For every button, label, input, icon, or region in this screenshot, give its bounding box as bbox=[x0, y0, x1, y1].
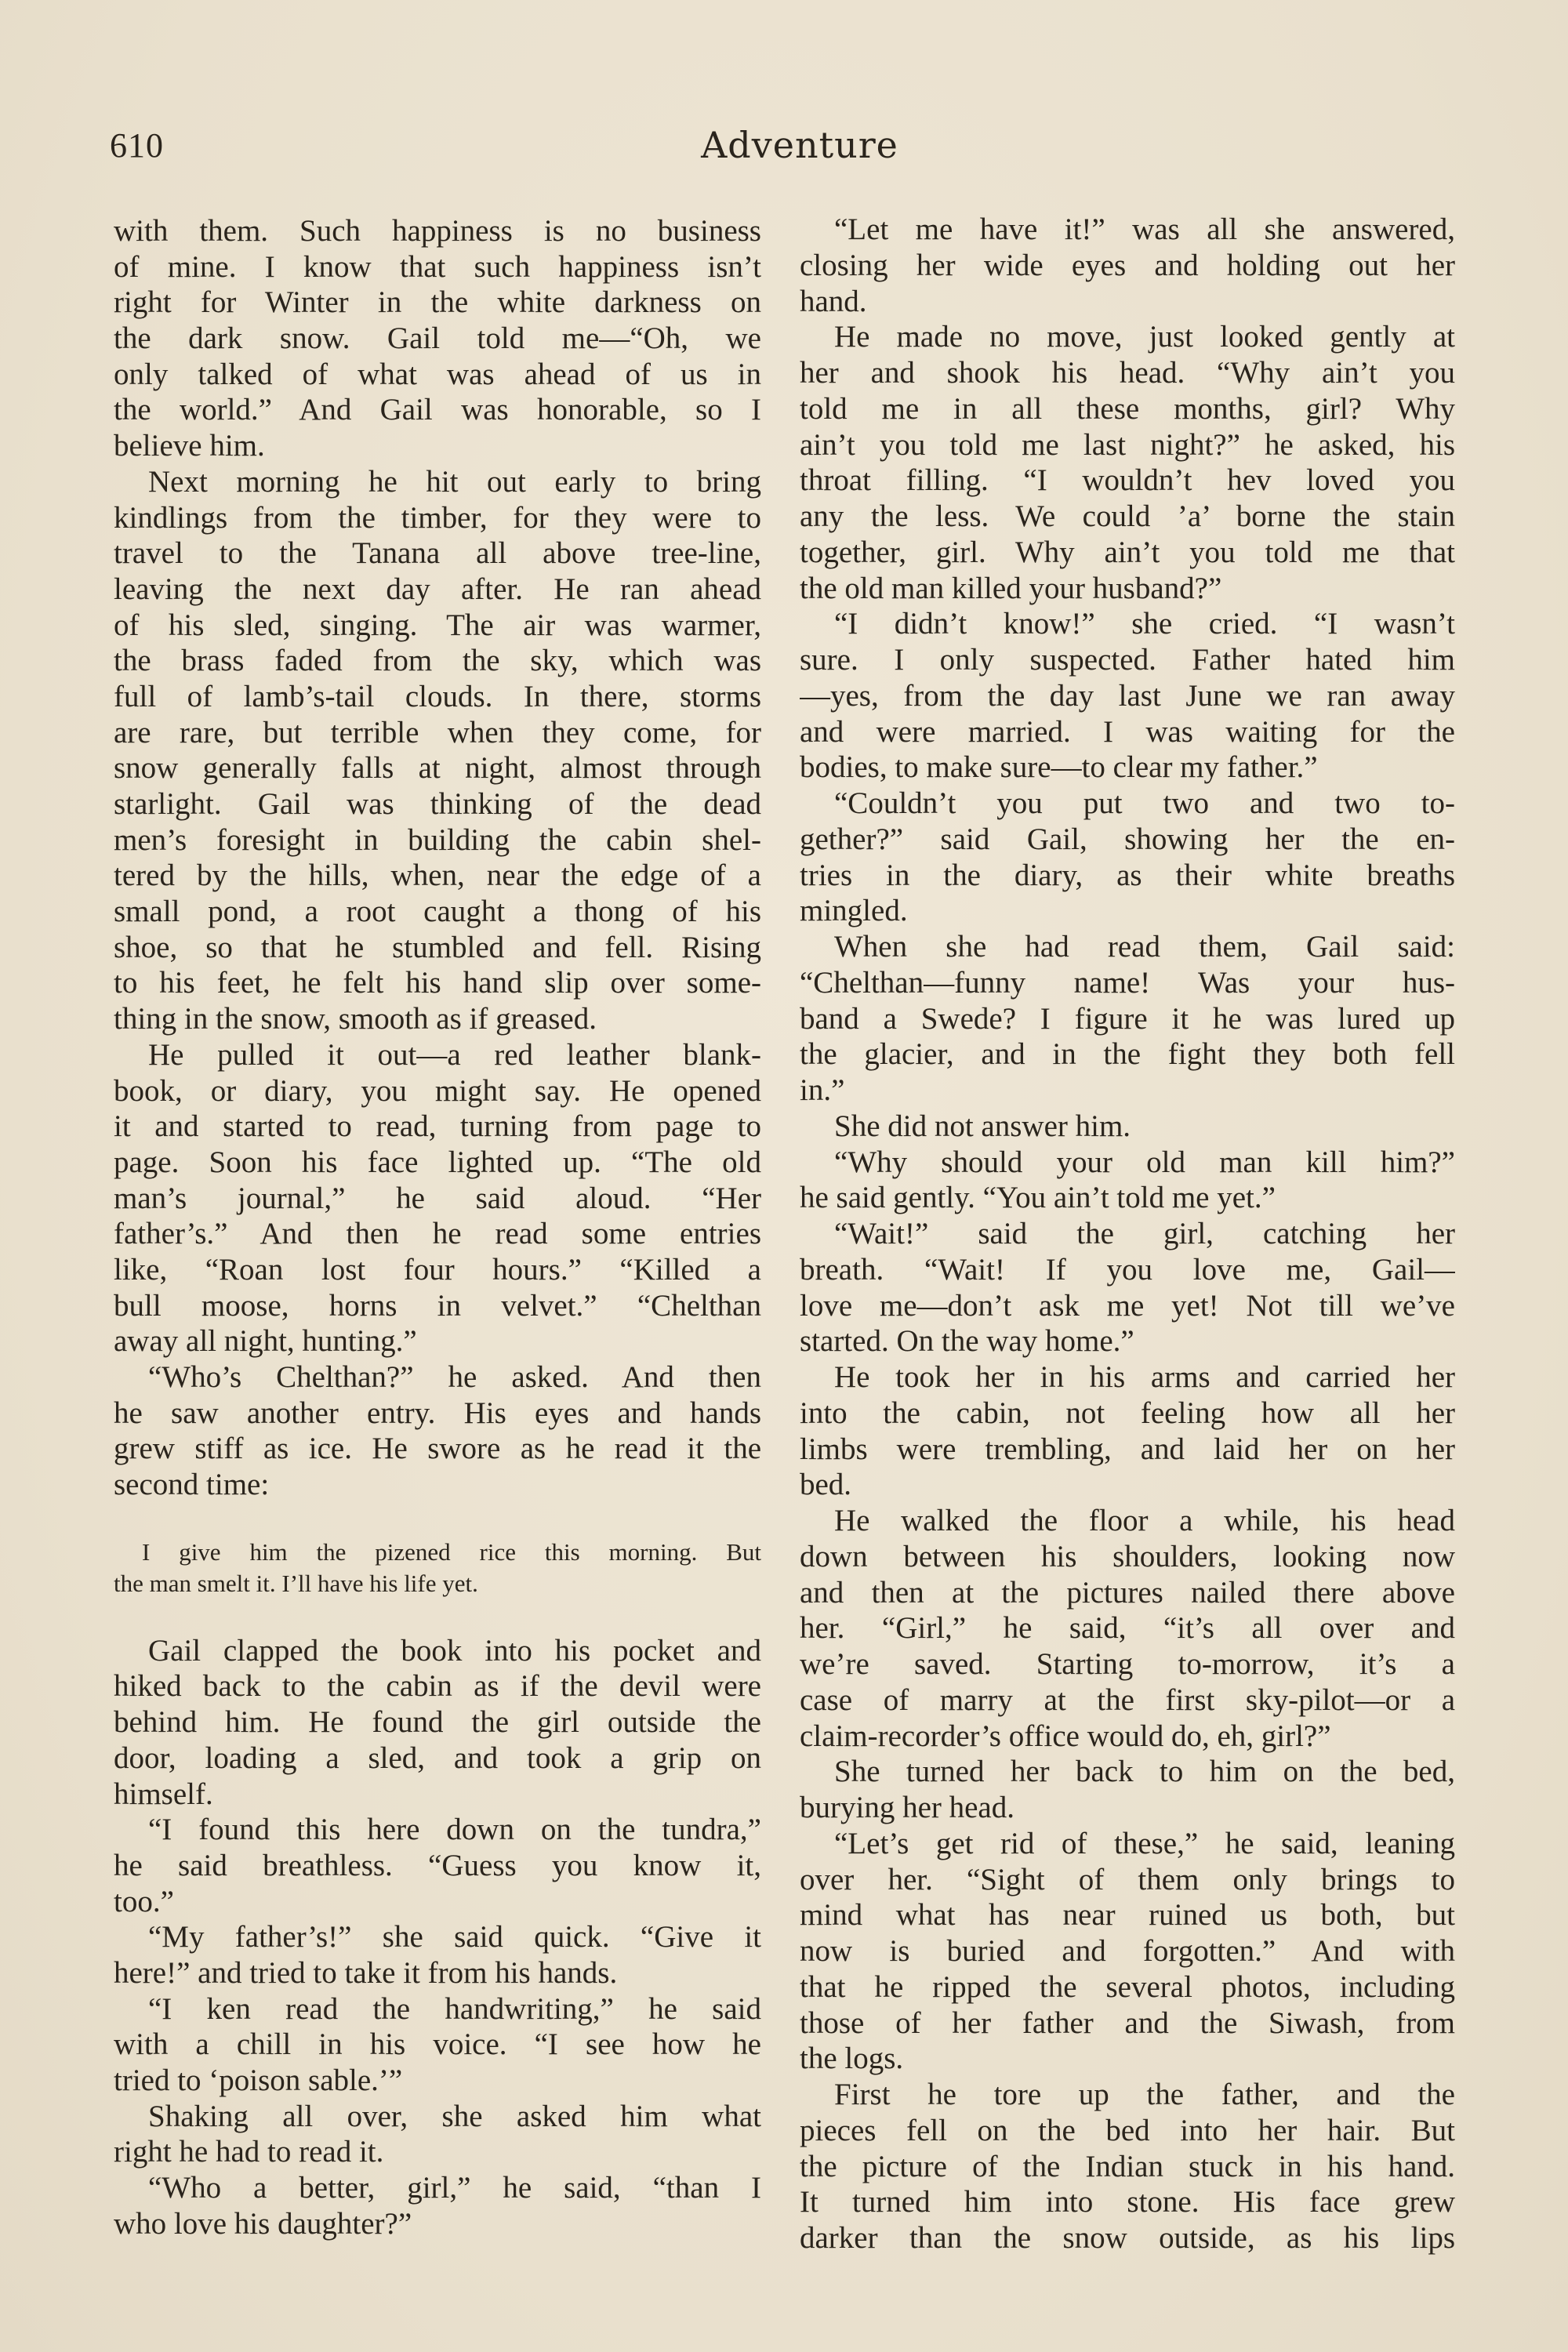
text-line: “Let’s get rid of these,” he said, leani… bbox=[800, 1826, 1455, 1862]
text-line: “Wait!” said the girl, catching her bbox=[800, 1216, 1455, 1252]
text-line: case of marry at the first sky-pilot—or … bbox=[800, 1682, 1455, 1719]
text-line: only talked of what was ahead of us in bbox=[114, 357, 761, 393]
text-line: love me—don’t ask me yet! Not till we’ve bbox=[800, 1288, 1455, 1324]
text-line: grew stiff as ice. He swore as he read i… bbox=[114, 1431, 761, 1467]
text-line: with them. Such happiness is no business bbox=[114, 213, 761, 249]
text-line: —yes, from the day last June we ran away bbox=[800, 678, 1455, 714]
text-line: He pulled it out—a red leather blank- bbox=[114, 1037, 761, 1073]
text-line: When she had read them, Gail said: bbox=[800, 929, 1455, 965]
text-line: “Who a better, girl,” he said, “than I bbox=[114, 2170, 761, 2206]
text-line: bull moose, horns in velvet.” “Chelthan bbox=[114, 1288, 761, 1324]
text-line: kindlings from the timber, for they were… bbox=[114, 500, 761, 536]
text-line: father’s.” And then he read some entries bbox=[114, 1216, 761, 1252]
text-line: himself. bbox=[114, 1777, 761, 1813]
text-line: He made no move, just looked gently at bbox=[800, 319, 1455, 355]
text-line: the brass faded from the sky, which was bbox=[114, 643, 761, 679]
text-line: gether?” said Gail, showing her the en- bbox=[800, 822, 1455, 858]
text-line: the logs. bbox=[800, 2041, 1455, 2077]
text-line: shoe, so that he stumbled and fell. Risi… bbox=[114, 930, 761, 966]
text-line: and were married. I was waiting for the bbox=[800, 714, 1455, 750]
text-line: burying her head. bbox=[800, 1790, 1455, 1826]
text-line: mind what has near ruined us both, but bbox=[800, 1897, 1455, 1933]
text-line: “Who’s Chelthan?” he asked. And then bbox=[114, 1359, 761, 1396]
text-line: “Let me have it!” was all she answered, bbox=[800, 212, 1455, 248]
text-line: behind him. He found the girl outside th… bbox=[114, 1704, 761, 1740]
text-line: the glacier, and in the fight they both … bbox=[800, 1036, 1455, 1073]
text-line: starlight. Gail was thinking of the dead bbox=[114, 786, 761, 822]
text-line: thing in the snow, smooth as if greased. bbox=[114, 1001, 761, 1037]
text-line: bed. bbox=[800, 1467, 1455, 1503]
text-line: It turned him into stone. His face grew bbox=[800, 2184, 1455, 2220]
text-line: He walked the floor a while, his head bbox=[800, 1503, 1455, 1539]
text-line: door, loading a sled, and took a grip on bbox=[114, 1740, 761, 1777]
text-line: closing her wide eyes and holding out he… bbox=[800, 248, 1455, 284]
text-line: “Chelthan—funny name! Was your hus- bbox=[800, 965, 1455, 1001]
text-line: pieces fell on the bed into her hair. Bu… bbox=[800, 2113, 1455, 2149]
text-line: to his feet, he felt his hand slip over … bbox=[114, 965, 761, 1001]
text-line: “I didn’t know!” she cried. “I wasn’t bbox=[800, 606, 1455, 642]
text-line: book, or diary, you might say. He opened bbox=[114, 1073, 761, 1109]
text-line: tered by the hills, when, near the edge … bbox=[114, 858, 761, 894]
text-line: any the less. We could ’a’ borne the sta… bbox=[800, 499, 1455, 535]
right-column-text: “Let me have it!” was all she answered,c… bbox=[800, 212, 1455, 2256]
text-line: “I ken read the handwriting,” he said bbox=[114, 1991, 761, 2027]
text-line: of mine. I know that such happiness isn’… bbox=[114, 249, 761, 285]
diary-entry-quote: I give him the pizened rice this morning… bbox=[114, 1537, 761, 1599]
text-line: She did not answer him. bbox=[800, 1109, 1455, 1145]
text-line: the picture of the Indian stuck in his h… bbox=[800, 2149, 1455, 2185]
text-line: Gail clapped the book into his pocket an… bbox=[114, 1633, 761, 1669]
text-line: He took her in his arms and carried her bbox=[800, 1359, 1455, 1396]
text-line: First he tore up the father, and the bbox=[800, 2077, 1455, 2113]
text-line: of his sled, singing. The air was warmer… bbox=[114, 608, 761, 644]
text-line: She turned her back to him on the bed, bbox=[800, 1754, 1455, 1790]
left-column: with them. Such happiness is no business… bbox=[114, 213, 761, 2241]
text-line: bodies, to make sure—to clear my father.… bbox=[800, 750, 1455, 786]
text-line: those of her father and the Siwash, from bbox=[800, 2005, 1455, 2042]
text-line: started. On the way home.” bbox=[800, 1323, 1455, 1359]
text-line: told me in all these months, girl? Why bbox=[800, 391, 1455, 427]
text-line: her and shook his head. “Why ain’t you bbox=[800, 355, 1455, 391]
text-line: second time: bbox=[114, 1467, 761, 1503]
text-line: we’re saved. Starting to-morrow, it’s a bbox=[800, 1646, 1455, 1682]
text-line: darker than the snow outside, as his lip… bbox=[800, 2220, 1455, 2256]
text-line: mingled. bbox=[800, 893, 1455, 929]
text-line: the old man killed your husband?” bbox=[800, 571, 1455, 607]
text-line: small pond, a root caught a thong of his bbox=[114, 894, 761, 930]
text-line: Next morning he hit out early to bring bbox=[114, 464, 761, 500]
text-line: men’s foresight in building the cabin sh… bbox=[114, 822, 761, 858]
text-line: throat filling. “I wouldn’t hev loved yo… bbox=[800, 463, 1455, 499]
text-line: the man smelt it. I’ll have his life yet… bbox=[114, 1568, 761, 1599]
text-line: snow generally falls at night, almost th… bbox=[114, 750, 761, 786]
text-line: in.” bbox=[800, 1073, 1455, 1109]
text-line: here!” and tried to take it from his han… bbox=[114, 1955, 761, 1991]
text-line: ain’t you told me last night?” he asked,… bbox=[800, 427, 1455, 463]
text-line: now is buried and forgotten.” And with bbox=[800, 1933, 1455, 1969]
text-line: down between his shoulders, looking now bbox=[800, 1539, 1455, 1575]
text-line: right he had to read it. bbox=[114, 2134, 761, 2170]
text-line: together, girl. Why ain’t you told me th… bbox=[800, 535, 1455, 571]
text-line: that he ripped the several photos, inclu… bbox=[800, 1969, 1455, 2005]
text-line: the dark snow. Gail told me—“Oh, we bbox=[114, 321, 761, 357]
text-line: away all night, hunting.” bbox=[114, 1323, 761, 1359]
text-line: her. “Girl,” he said, “it’s all over and bbox=[800, 1610, 1455, 1646]
text-line: too.” bbox=[114, 1884, 761, 1920]
left-column-text-bottom: Gail clapped the book into his pocket an… bbox=[114, 1633, 761, 2242]
running-title: Adventure bbox=[0, 124, 1568, 166]
text-line: he said breathless. “Guess you know it, bbox=[114, 1848, 761, 1884]
text-line: and then at the pictures nailed there ab… bbox=[800, 1575, 1455, 1611]
text-line: tried to ‘poison sable.’” bbox=[114, 2063, 761, 2099]
text-line: “Couldn’t you put two and two to- bbox=[800, 786, 1455, 822]
text-line: the world.” And Gail was honorable, so I bbox=[114, 392, 761, 428]
text-line: are rare, but terrible when they come, f… bbox=[114, 715, 761, 751]
text-line: full of lamb’s-tail clouds. In there, st… bbox=[114, 679, 761, 715]
text-line: like, “Roan lost four hours.” “Killed a bbox=[114, 1252, 761, 1288]
text-line: sure. I only suspected. Father hated him bbox=[800, 642, 1455, 678]
text-line: hand. bbox=[800, 284, 1455, 320]
text-line: claim-recorder’s office would do, eh, gi… bbox=[800, 1719, 1455, 1755]
text-line: over her. “Sight of them only brings to bbox=[800, 1862, 1455, 1898]
text-line: “My father’s!” she said quick. “Give it bbox=[114, 1919, 761, 1955]
text-line: tries in the diary, as their white breat… bbox=[800, 858, 1455, 894]
text-line: limbs were trembling, and laid her on he… bbox=[800, 1432, 1455, 1468]
text-line: “Why should your old man kill him?” bbox=[800, 1145, 1455, 1181]
text-line: travel to the Tanana all above tree-line… bbox=[114, 535, 761, 572]
right-column: “Let me have it!” was all she answered,c… bbox=[800, 212, 1455, 2256]
text-line: with a chill in his voice. “I see how he bbox=[114, 2027, 761, 2063]
text-line: into the cabin, not feeling how all her bbox=[800, 1396, 1455, 1432]
left-column-text-top: with them. Such happiness is no business… bbox=[114, 213, 761, 1503]
text-line: man’s journal,” he said aloud. “Her bbox=[114, 1181, 761, 1217]
text-line: hiked back to the cabin as if the devil … bbox=[114, 1668, 761, 1704]
text-line: Shaking all over, she asked him what bbox=[114, 2099, 761, 2135]
text-line: believe him. bbox=[114, 428, 761, 464]
text-line: page. Soon his face lighted up. “The old bbox=[114, 1145, 761, 1181]
text-line: band a Swede? I figure it he was lured u… bbox=[800, 1001, 1455, 1037]
text-line: “I found this here down on the tundra,” bbox=[114, 1812, 761, 1848]
text-line: it and started to read, turning from pag… bbox=[114, 1109, 761, 1145]
text-line: breath. “Wait! If you love me, Gail— bbox=[800, 1252, 1455, 1288]
text-line: leaving the next day after. He ran ahead bbox=[114, 572, 761, 608]
text-line: he said gently. “You ain’t told me yet.” bbox=[800, 1180, 1455, 1216]
text-line: right for Winter in the white darkness o… bbox=[114, 285, 761, 321]
text-line: I give him the pizened rice this morning… bbox=[114, 1537, 761, 1568]
text-line: he saw another entry. His eyes and hands bbox=[114, 1396, 761, 1432]
text-line: who love his daughter?” bbox=[114, 2206, 761, 2242]
